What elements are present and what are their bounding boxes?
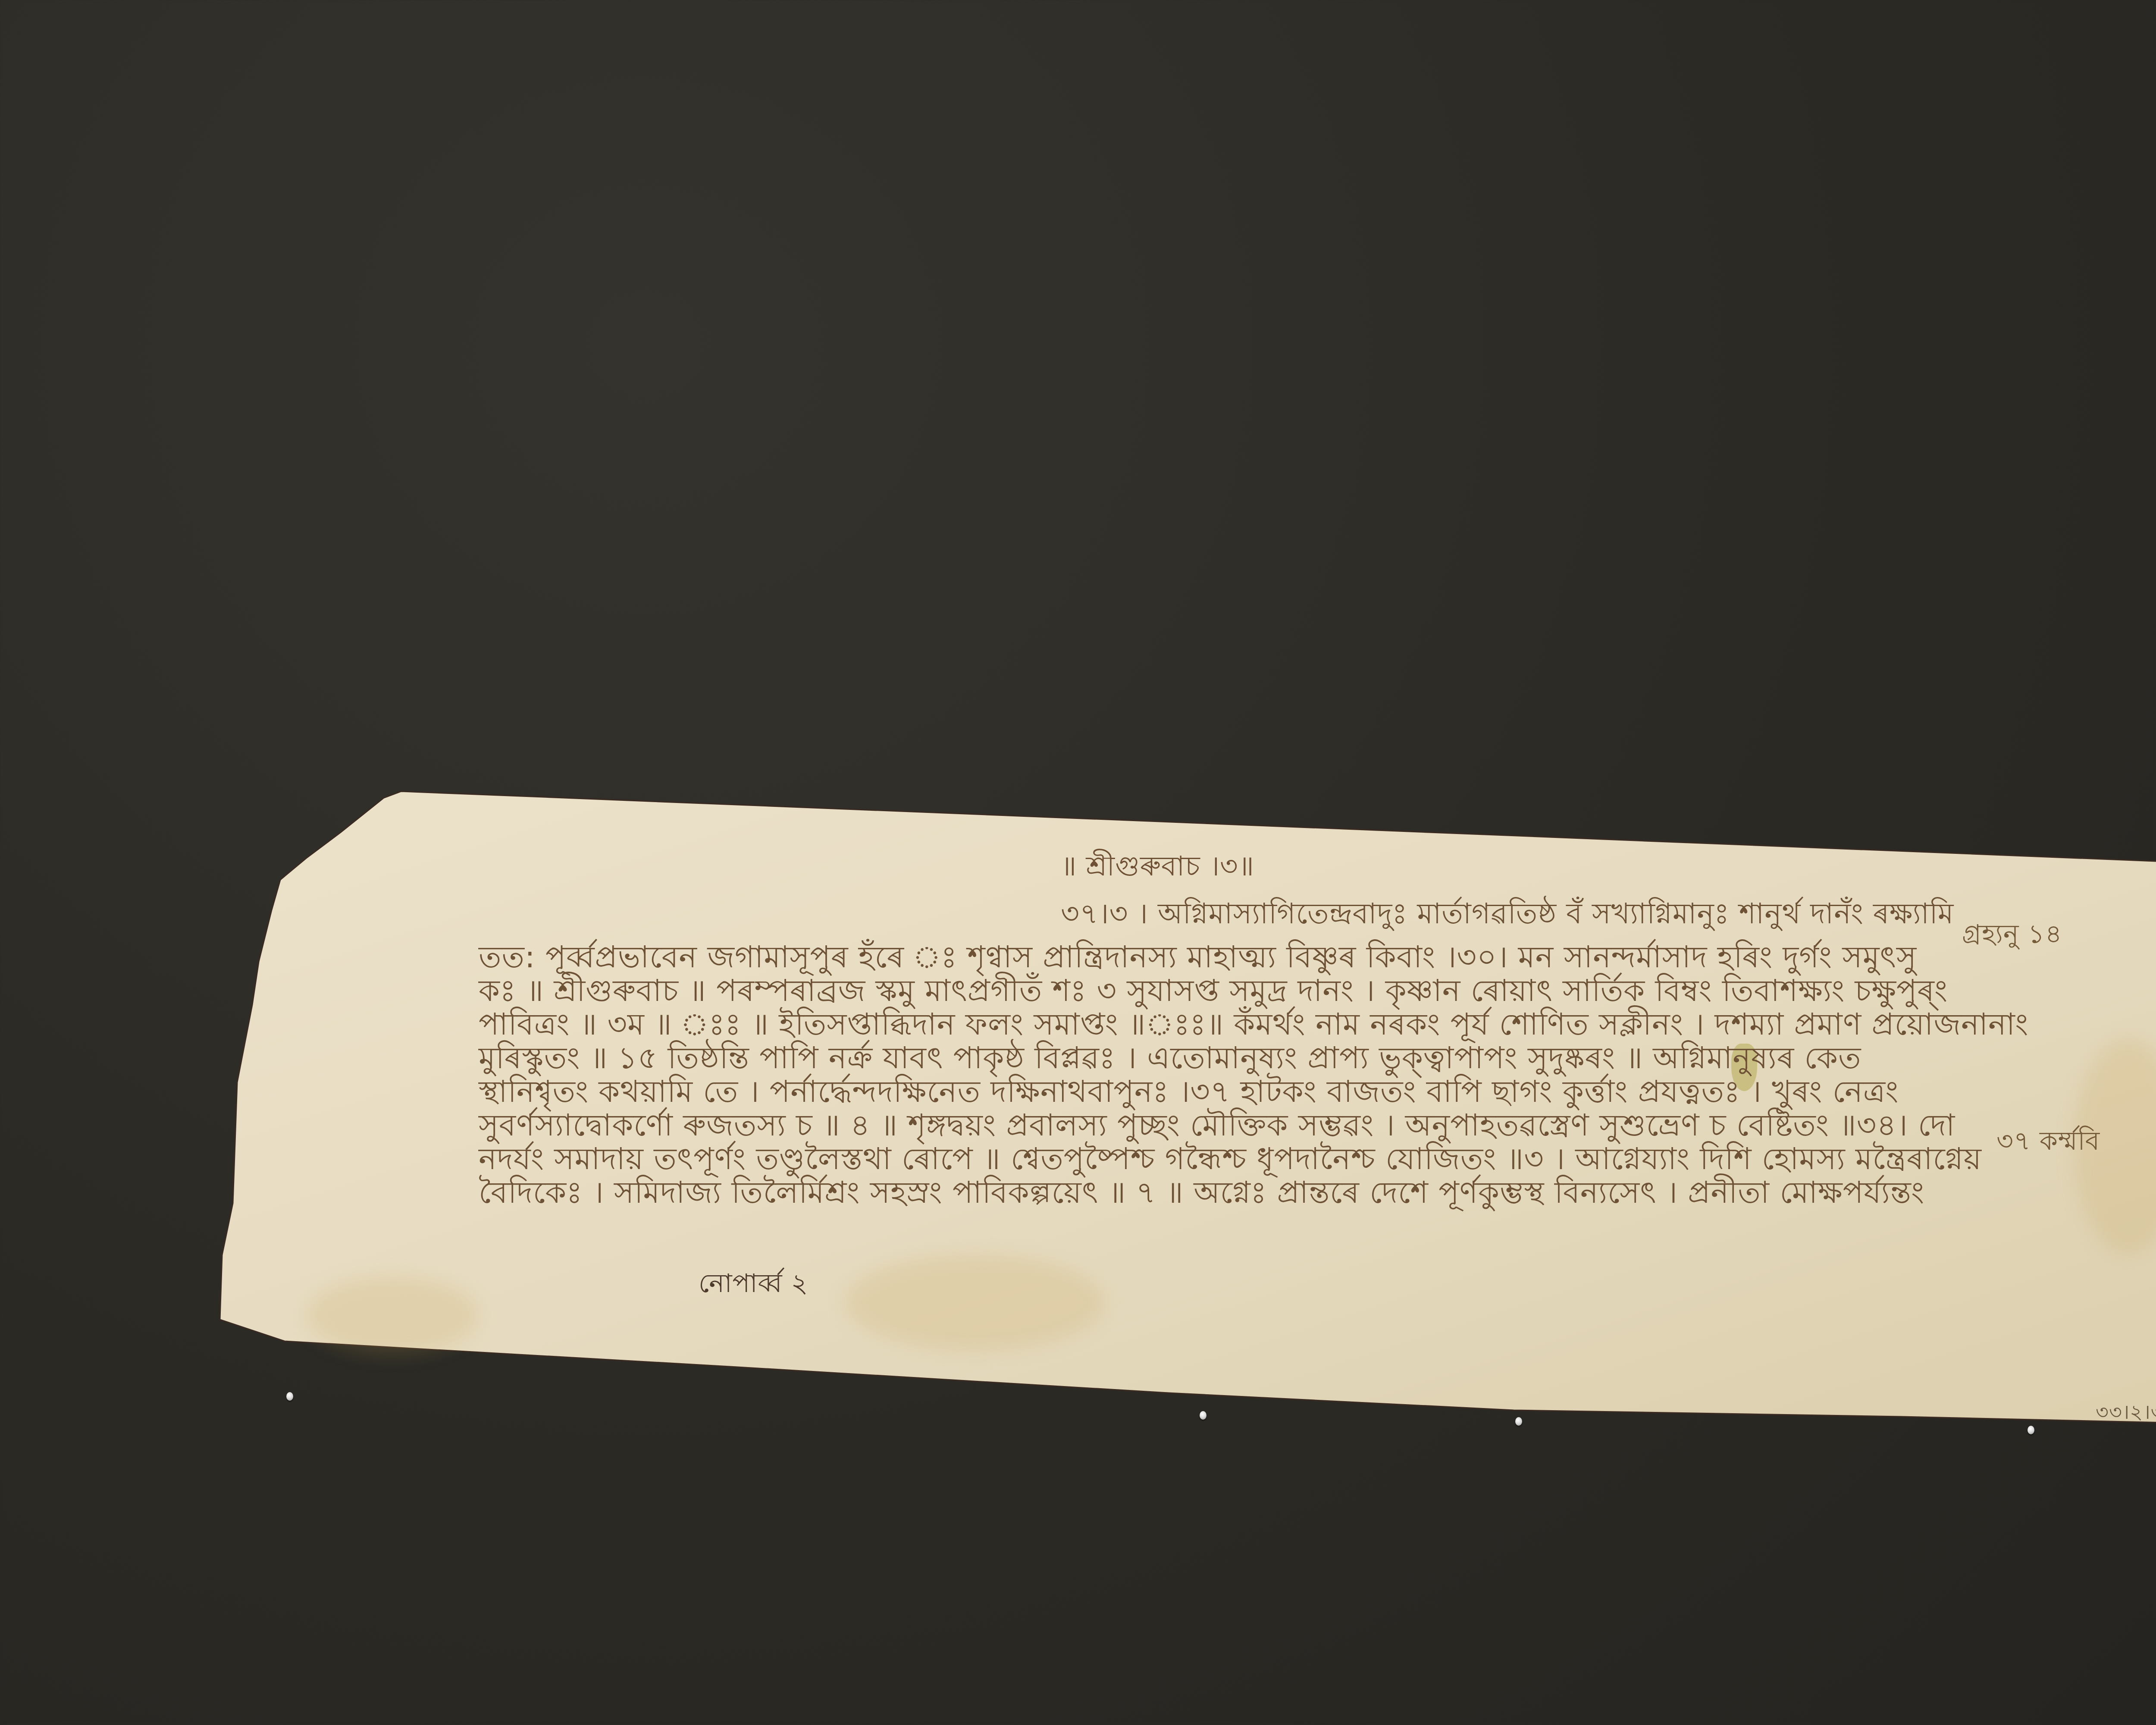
catalog-number: ৩৩।২।৩	[2096, 1397, 2156, 1430]
manuscript-subheading: ৩৭।৩ । অগ্নিমাস্যাগিতেন্দ্রবাদুঃ মার্তাগ…	[1061, 892, 2009, 939]
manuscript-line-2: কঃ ॥ শ্ৰীগুৰুবাচ ॥ পৰম্পৰাব্ৰজ স্কমু মাৎ…	[479, 974, 1948, 1007]
mounting-pin	[286, 1392, 293, 1401]
mounting-pin	[2028, 1426, 2034, 1434]
manuscript-line-5: স্থানিশ্বৃতং কথয়ামি তে । পৰ্নাৰ্দ্ধেন্দ…	[479, 1075, 1899, 1108]
manuscript-line-3: পাবিত্ৰং ॥ ৩ম ॥ ঃঃ ॥ ইতিসপ্তাব্ধিদান ফলং…	[479, 1007, 2028, 1041]
margin-note-bottom-left: নোপাৰ্ব্ব ২	[699, 1264, 808, 1307]
mounting-pin	[1515, 1417, 1522, 1426]
margin-note-right-top: গ্ৰহ্যনু ১৪	[1962, 914, 2062, 957]
mounting-pin	[1200, 1411, 1206, 1420]
manuscript-line-6: সুবৰ্ণস্যাদ্বোকৰ্ণো ৰুজতস্য চ ॥ ৪ ॥ শৃঙ্…	[479, 1108, 1955, 1142]
manuscript-line-4: মুৰিস্কুতং ॥ ১৫ তিষ্ঠন্তি পাপি নৰ্ক্ৰ যা…	[479, 1041, 1861, 1075]
margin-note-right-middle: ৩৭ কৰ্ম্মবি	[1996, 1121, 2100, 1164]
manuscript-line-8: বৈদিকেঃ । সমিদাজ্য তিলৈৰ্মিশ্ৰং সহস্ৰং প…	[479, 1176, 1924, 1209]
manuscript-heading: ॥ শ্ৰীগুৰুবাচ ।৩॥	[1061, 845, 1254, 891]
manuscript-line-1: তত: পূৰ্ব্বপ্ৰভাবেন জগামাসূপুৰ হঁৰে ঃ শৃ…	[479, 940, 1917, 974]
manuscript-line-7: নদৰ্যং সমাদায় তৎপূৰ্ণং তণ্ডুলৈস্তথা ৰোপ…	[479, 1142, 1982, 1176]
manuscript-leaf: ॥ শ্ৰীগুৰুবাচ ।৩॥ ৩৭।৩ । অগ্নিমাস্যাগিতে…	[220, 781, 2156, 1423]
